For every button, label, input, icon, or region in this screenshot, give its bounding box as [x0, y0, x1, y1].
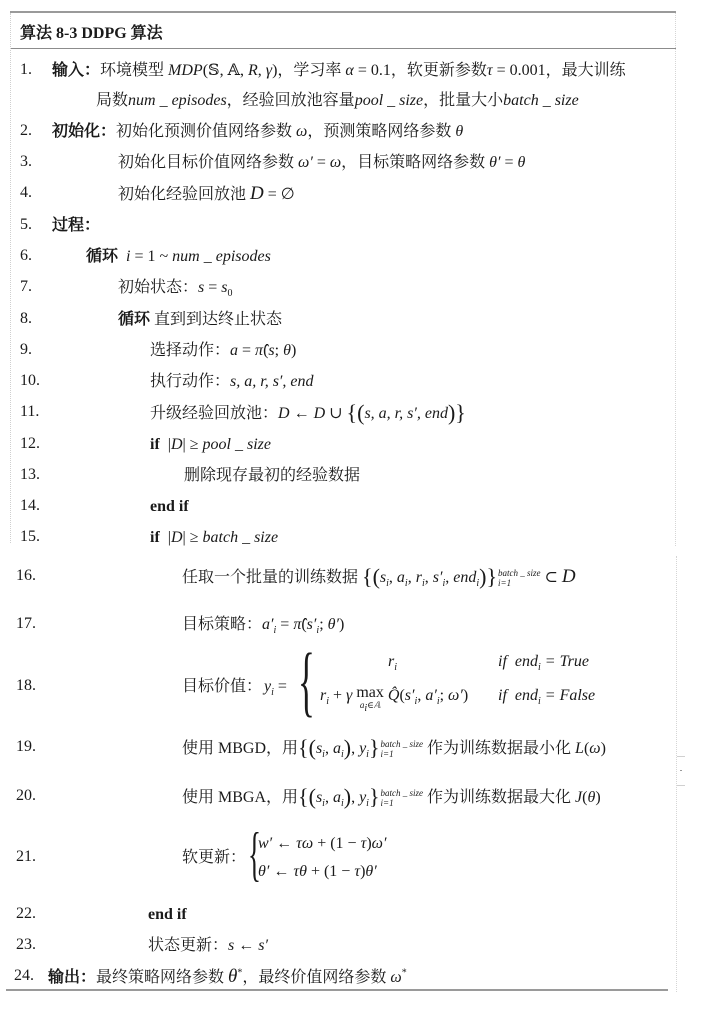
line-number: 19.	[16, 738, 36, 756]
right-border-upper	[675, 13, 676, 546]
line-number: 15.	[20, 528, 40, 546]
line-number: 22.	[16, 905, 36, 923]
line-number: 13.	[20, 466, 40, 484]
algorithm-line-3: 初始化目标价值网络参数 ω′ = ω，目标策略网络参数 θ′ = θ	[118, 153, 525, 173]
line-number: 7.	[20, 278, 32, 296]
line-number: 9.	[20, 341, 32, 359]
line-number: 23.	[16, 936, 36, 954]
line-number: 2.	[20, 122, 32, 140]
line-number: 5.	[20, 216, 32, 234]
line-number: 3.	[20, 153, 32, 171]
line-number: 24.	[14, 967, 34, 985]
header-rule	[10, 48, 676, 49]
line-number: 1.	[20, 61, 32, 79]
algorithm-line-2: 初始化：初始化预测价值网络参数 ω，预测策略网络参数 θ	[52, 122, 463, 142]
algorithm-line-6: 循环 i = 1 ~ num _ episodes	[86, 247, 271, 267]
line-number: 11.	[20, 403, 39, 421]
line-number: 20.	[16, 787, 36, 805]
algorithm-line-1: 输入：环境模型 MDP(𝕊, 𝔸, R, γ)，学习率 α = 0.1，软更新参…	[52, 61, 626, 81]
algorithm-line-20: 使用 MBGA，用{(si, ai), yi}batch _ sizei=1 作…	[182, 787, 601, 808]
algorithm-line-13: 删除现存最初的经验数据	[184, 466, 360, 486]
line-number: 21.	[16, 848, 36, 866]
bottom-rule	[6, 989, 668, 991]
algorithm-line-17: 目标策略：a′i = π̂(s′i; θ′)	[182, 615, 344, 635]
line-number: 12.	[20, 435, 40, 453]
algorithm-line-12: if |D| ≥ pool _ size	[150, 435, 271, 455]
algorithm-line-4: 初始化经验回放池 D = ∅	[118, 184, 295, 205]
algorithm-line-15: if |D| ≥ batch _ size	[150, 528, 278, 548]
algorithm-line-9: 选择动作：a = π̂(s; θ)	[150, 341, 296, 361]
side-scroll-mark	[677, 756, 685, 786]
line-number: 16.	[16, 567, 36, 585]
algorithm-line-1-cont: 局数num _ episodes，经验回放池容量pool _ size，批量大小…	[96, 91, 579, 111]
left-border	[10, 13, 11, 543]
algorithm-line-14: end if	[150, 497, 189, 517]
line-number: 4.	[20, 184, 32, 202]
algorithm-line-8: 循环 直到到达终止状态	[118, 310, 282, 330]
line-number: 18.	[16, 677, 36, 695]
line-number: 8.	[20, 310, 32, 328]
line-number: 10.	[20, 372, 40, 390]
algorithm-line-22: end if	[148, 905, 187, 925]
line-number: 17.	[16, 615, 36, 633]
algorithm-line-5: 过程：	[52, 216, 100, 236]
algorithm-line-7: 初始状态：s = s0	[118, 278, 233, 298]
algorithm-line-23: 状态更新：s ← s′	[148, 936, 268, 956]
algorithm-line-24: 输出：最终策略网络参数 θ*，最终价值网络参数 ω*	[48, 967, 407, 988]
algorithm-line-16: 任取一个批量的训练数据 {(si, ai, ri, s′i, endi)}bat…	[182, 567, 576, 588]
line-number: 6.	[20, 247, 32, 265]
algorithm-title: 算法 8-3 DDPG 算法	[20, 20, 163, 43]
algorithm-line-19: 使用 MBGD，用{(si, ai), yi}batch _ sizei=1 作…	[182, 738, 606, 759]
algorithm-line-10: 执行动作：s, a, r, s′, end	[150, 372, 314, 392]
top-rule	[10, 11, 676, 13]
line-number: 14.	[20, 497, 40, 515]
algorithm-line-11: 升级经验回放池：D ← D ∪ {(s, a, r, s′, end)}	[150, 403, 466, 424]
